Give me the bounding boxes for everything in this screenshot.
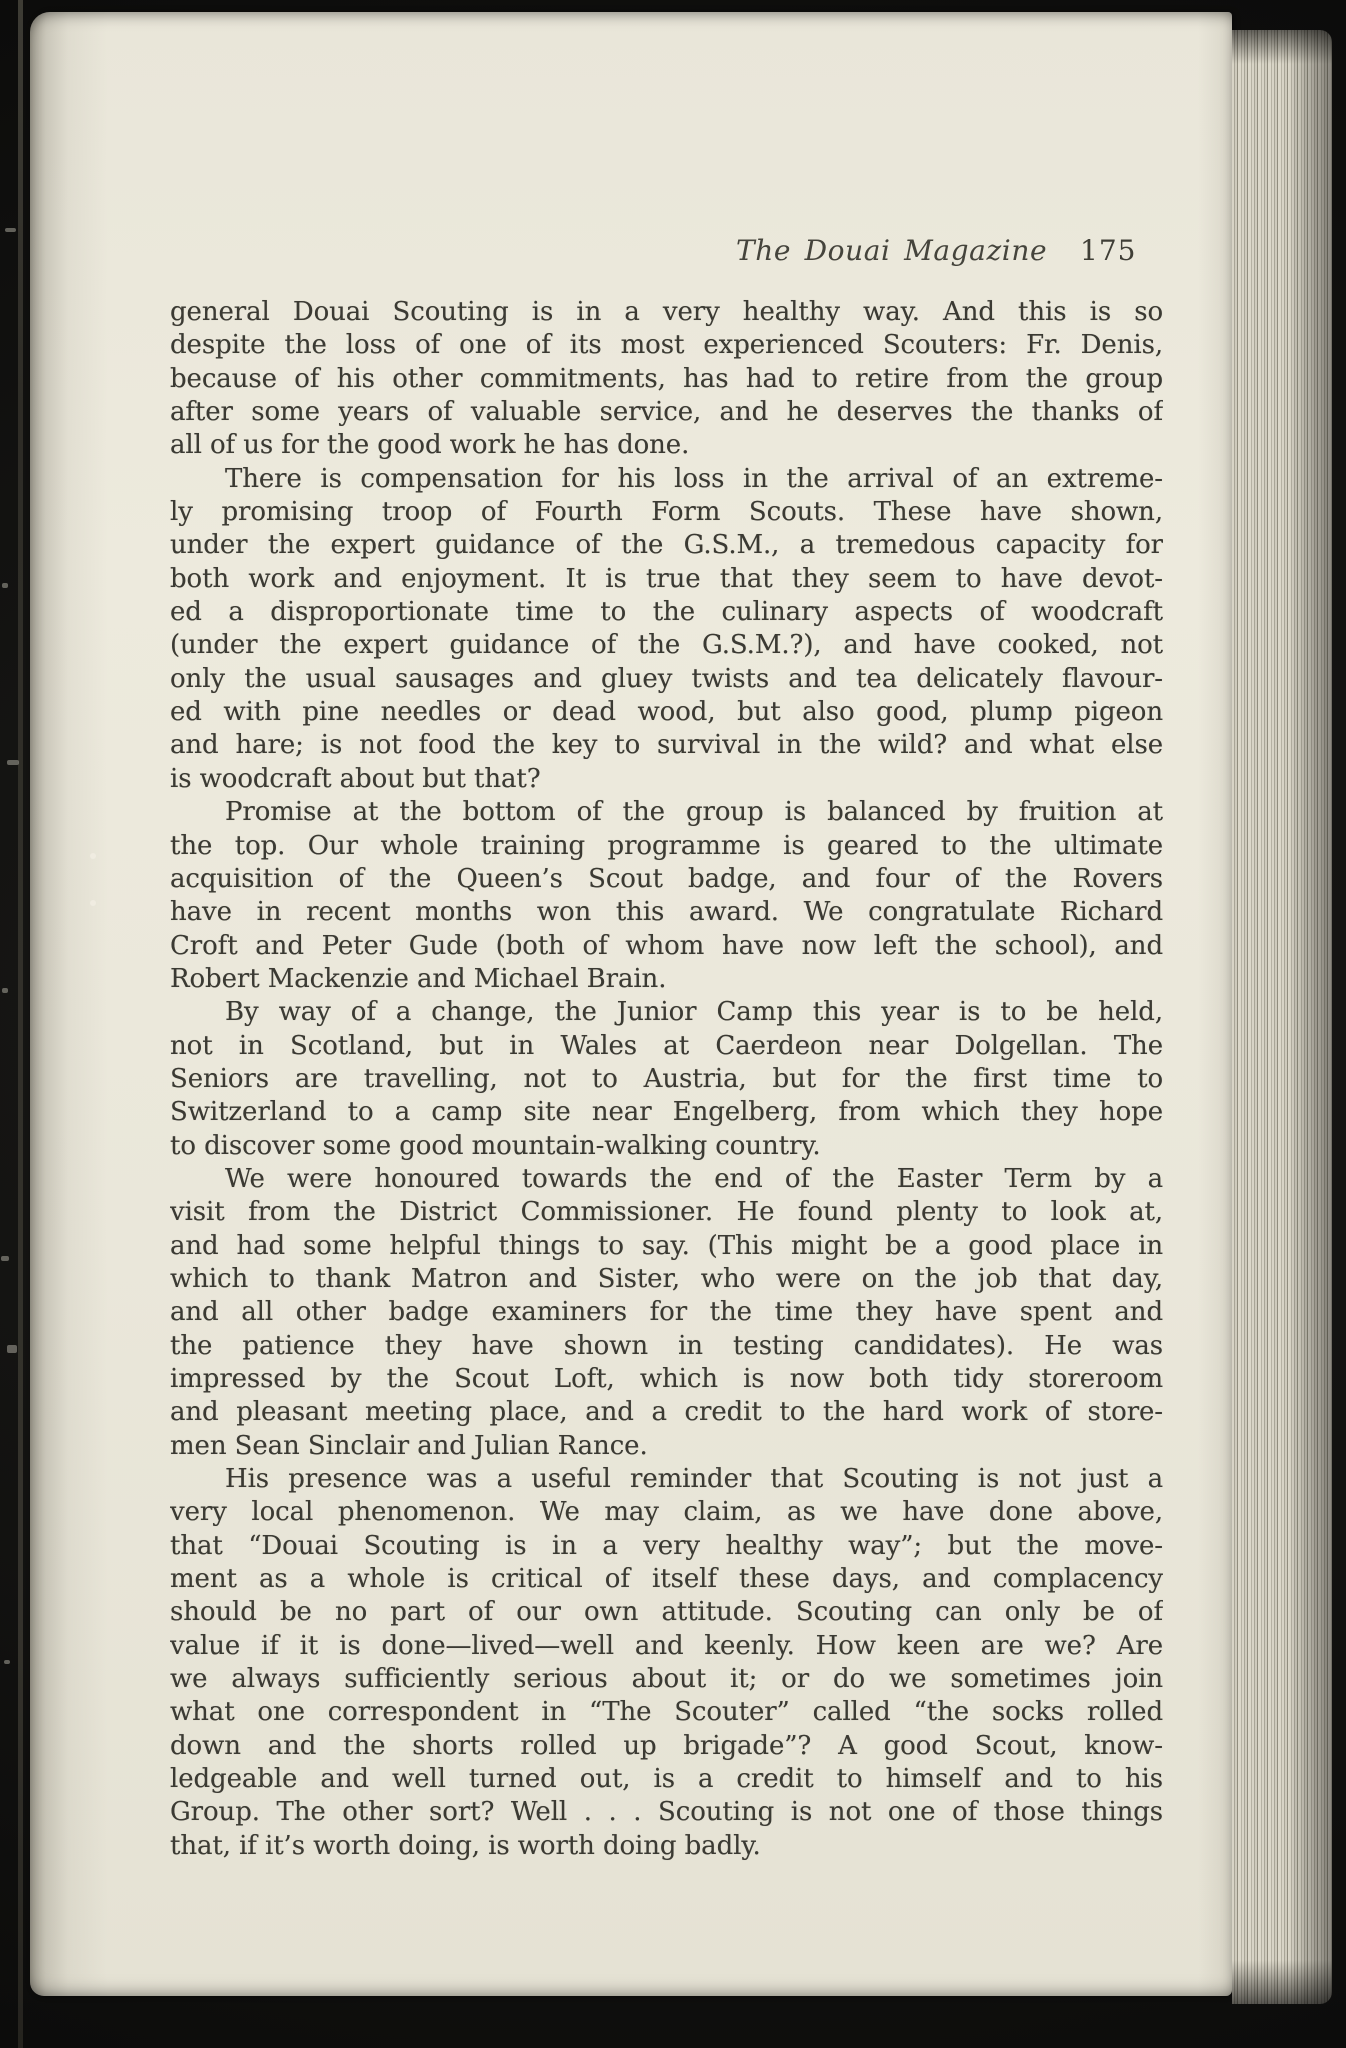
text-line: is woodcraft about but that? <box>170 763 1163 796</box>
edge-speck <box>7 1345 17 1353</box>
edge-speck <box>2 988 8 993</box>
text-line: not in Scotland, but in Wales at Caerdeo… <box>170 1030 1163 1063</box>
text-line: ed with pine needles or dead wood, but a… <box>170 696 1163 729</box>
text-line: to discover some good mountain-walking c… <box>170 1130 1163 1163</box>
text-line: both work and enjoyment. It is true that… <box>170 563 1163 596</box>
text-line: we always sufficiently serious about it;… <box>170 1663 1163 1696</box>
text-line: under the expert guidance of the G.S.M.,… <box>170 529 1163 562</box>
text-line: men Sean Sinclair and Julian Rance. <box>170 1430 1163 1463</box>
text-line: down and the shorts rolled up brigade”? … <box>170 1730 1163 1763</box>
text-line: value if it is done—lived—well and keenl… <box>170 1630 1163 1663</box>
text-line: We were honoured towards the end of the … <box>170 1163 1163 1196</box>
edge-speck <box>4 1660 10 1664</box>
text-line: that, if it’s worth doing, is worth doin… <box>170 1830 1163 1863</box>
text-line: and hare; is not food the key to surviva… <box>170 729 1163 762</box>
edge-speck <box>5 228 16 232</box>
text-line: ledgeable and well turned out, is a cred… <box>170 1763 1163 1796</box>
text-line: only the usual sausages and gluey twists… <box>170 663 1163 696</box>
text-line: and all other badge examiners for the ti… <box>170 1296 1163 1329</box>
book-page: The Douai Magazine 175 general Douai Sco… <box>30 12 1232 1996</box>
book-cover-edge <box>18 0 23 2048</box>
text-line: should be no part of our own attitude. S… <box>170 1596 1163 1629</box>
running-head: The Douai Magazine 175 <box>170 234 1163 276</box>
text-line: impressed by the Scout Loft, which is no… <box>170 1363 1163 1396</box>
text-line: Promise at the bottom of the group is ba… <box>170 796 1163 829</box>
text-line: very local phenomenon. We may claim, as … <box>170 1496 1163 1529</box>
text-line: have in recent months won this award. We… <box>170 896 1163 929</box>
text-line: ment as a whole is critical of itself th… <box>170 1563 1163 1596</box>
text-line: By way of a change, the Junior Camp this… <box>170 996 1163 1029</box>
text-line: Seniors are travelling, not to Austria, … <box>170 1063 1163 1096</box>
text-line: general Douai Scouting is in a very heal… <box>170 296 1163 329</box>
text-line: There is compensation for his loss in th… <box>170 463 1163 496</box>
text-line: after some years of valuable service, an… <box>170 396 1163 429</box>
text-line: and pleasant meeting place, and a credit… <box>170 1396 1163 1429</box>
text-line: Group. The other sort? Well . . . Scouti… <box>170 1796 1163 1829</box>
page-number: 175 <box>1080 234 1136 267</box>
text-line: (under the expert guidance of the G.S.M.… <box>170 629 1163 662</box>
scanned-book-photo: The Douai Magazine 175 general Douai Sco… <box>0 0 1346 2048</box>
binding-stitch-mark <box>90 900 96 906</box>
text-line: despite the loss of one of its most expe… <box>170 329 1163 362</box>
text-line: ly promising troop of Fourth Form Scouts… <box>170 496 1163 529</box>
text-line: ed a disproportionate time to the culina… <box>170 596 1163 629</box>
edge-speck <box>7 760 19 765</box>
text-line: visit from the District Commissioner. He… <box>170 1196 1163 1229</box>
text-line: because of his other commitments, has ha… <box>170 363 1163 396</box>
edge-speck <box>2 583 8 588</box>
text-line: the top. Our whole training programme is… <box>170 830 1163 863</box>
page-body-text: general Douai Scouting is in a very heal… <box>170 296 1163 1863</box>
text-line: all of us for the good work he has done. <box>170 429 1163 462</box>
text-line: the patience they have shown in testing … <box>170 1330 1163 1363</box>
text-line: which to thank Matron and Sister, who we… <box>170 1263 1163 1296</box>
page-title: The Douai Magazine <box>736 234 1047 267</box>
book-page-edges <box>1232 30 1332 2004</box>
text-line: and had some helpful things to say. (Thi… <box>170 1230 1163 1263</box>
text-line: Croft and Peter Gude (both of whom have … <box>170 930 1163 963</box>
text-line: His presence was a useful reminder that … <box>170 1463 1163 1496</box>
text-line: Switzerland to a camp site near Engelber… <box>170 1096 1163 1129</box>
text-line: acquisition of the Queen’s Scout badge, … <box>170 863 1163 896</box>
text-line: that “Douai Scouting is in a very health… <box>170 1530 1163 1563</box>
text-line: what one correspondent in “The Scouter” … <box>170 1696 1163 1729</box>
text-line: Robert Mackenzie and Michael Brain. <box>170 963 1163 996</box>
edge-speck <box>1 1256 9 1261</box>
binding-stitch-mark <box>90 853 96 859</box>
